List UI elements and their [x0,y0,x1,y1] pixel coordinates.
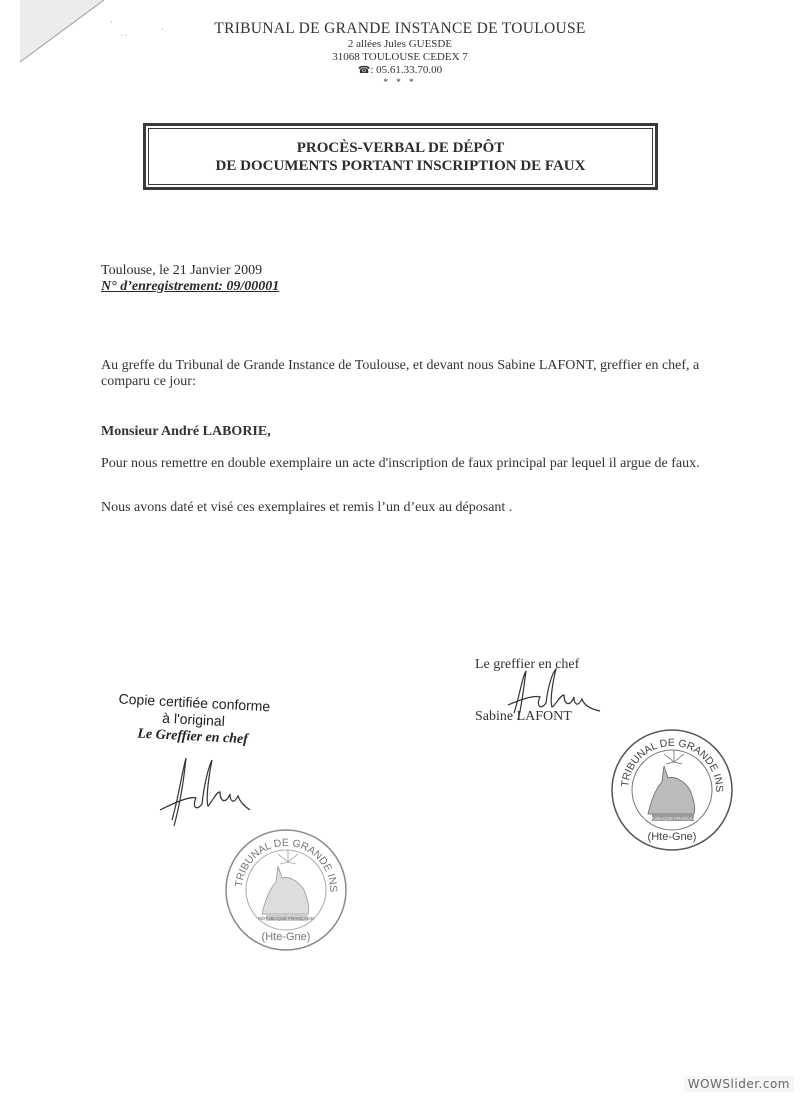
purpose-paragraph: Pour nous remettre en double exemplaire … [101,456,701,472]
handwritten-signature-copy [150,750,260,830]
seal-band-text: RÉPUBLIQUE FRANÇAISE [258,915,314,921]
certified-copy-stamp: Copie certifiée conforme à l'original Le… [107,690,279,750]
seal-bottom-text: (Hte-Gne) [262,931,311,943]
address-city: 31068 TOULOUSE CEDEX 7 [0,51,800,64]
title-line-1: PROCÈS-VERBAL DE DÉPÔT [297,139,505,157]
phone-line: ☎: 05.61.33.70.00 [0,64,800,77]
seal-band-text: RÉPUBLIQUE FRANÇAISE [644,815,700,821]
seal-bottom-text: (Hte-Gne) [648,831,697,843]
appearing-party: Monsieur André LABORIE, [101,424,701,440]
telephone-icon: ☎ [358,65,370,76]
intro-paragraph: Au greffe du Tribunal de Grande Instance… [101,358,701,390]
date-line: Toulouse, le 21 Janvier 2009 [101,263,279,279]
header-separator: * * * [0,77,800,87]
title-line-2: DE DOCUMENTS PORTANT INSCRIPTION DE FAUX [216,157,586,175]
date-registration-block: Toulouse, le 21 Janvier 2009 N° d’enregi… [101,263,279,295]
phone-number: : 05.61.33.70.00 [370,64,442,76]
address-street: 2 allées Jules GUESDE [0,38,800,51]
court-letterhead: TRIBUNAL DE GRANDE INSTANCE DE TOULOUSE … [0,20,800,87]
court-seal-right: TRIBUNAL DE GRANDE INSTANCE DE TOULOUSE … [608,726,736,854]
watermark-link[interactable]: WOWSlider.com [684,1076,794,1092]
court-name: TRIBUNAL DE GRANDE INSTANCE DE TOULOUSE [0,20,800,38]
court-seal-left: TRIBUNAL DE GRANDE INSTANCE DE TOULOUSE … [222,826,350,954]
registration-number: N° d’enregistrement: 09/00001 [101,279,279,295]
closing-paragraph: Nous avons daté et visé ces exemplaires … [101,500,701,516]
handwritten-signature [500,665,610,725]
document-title-box: PROCÈS-VERBAL DE DÉPÔT DE DOCUMENTS PORT… [143,123,658,190]
